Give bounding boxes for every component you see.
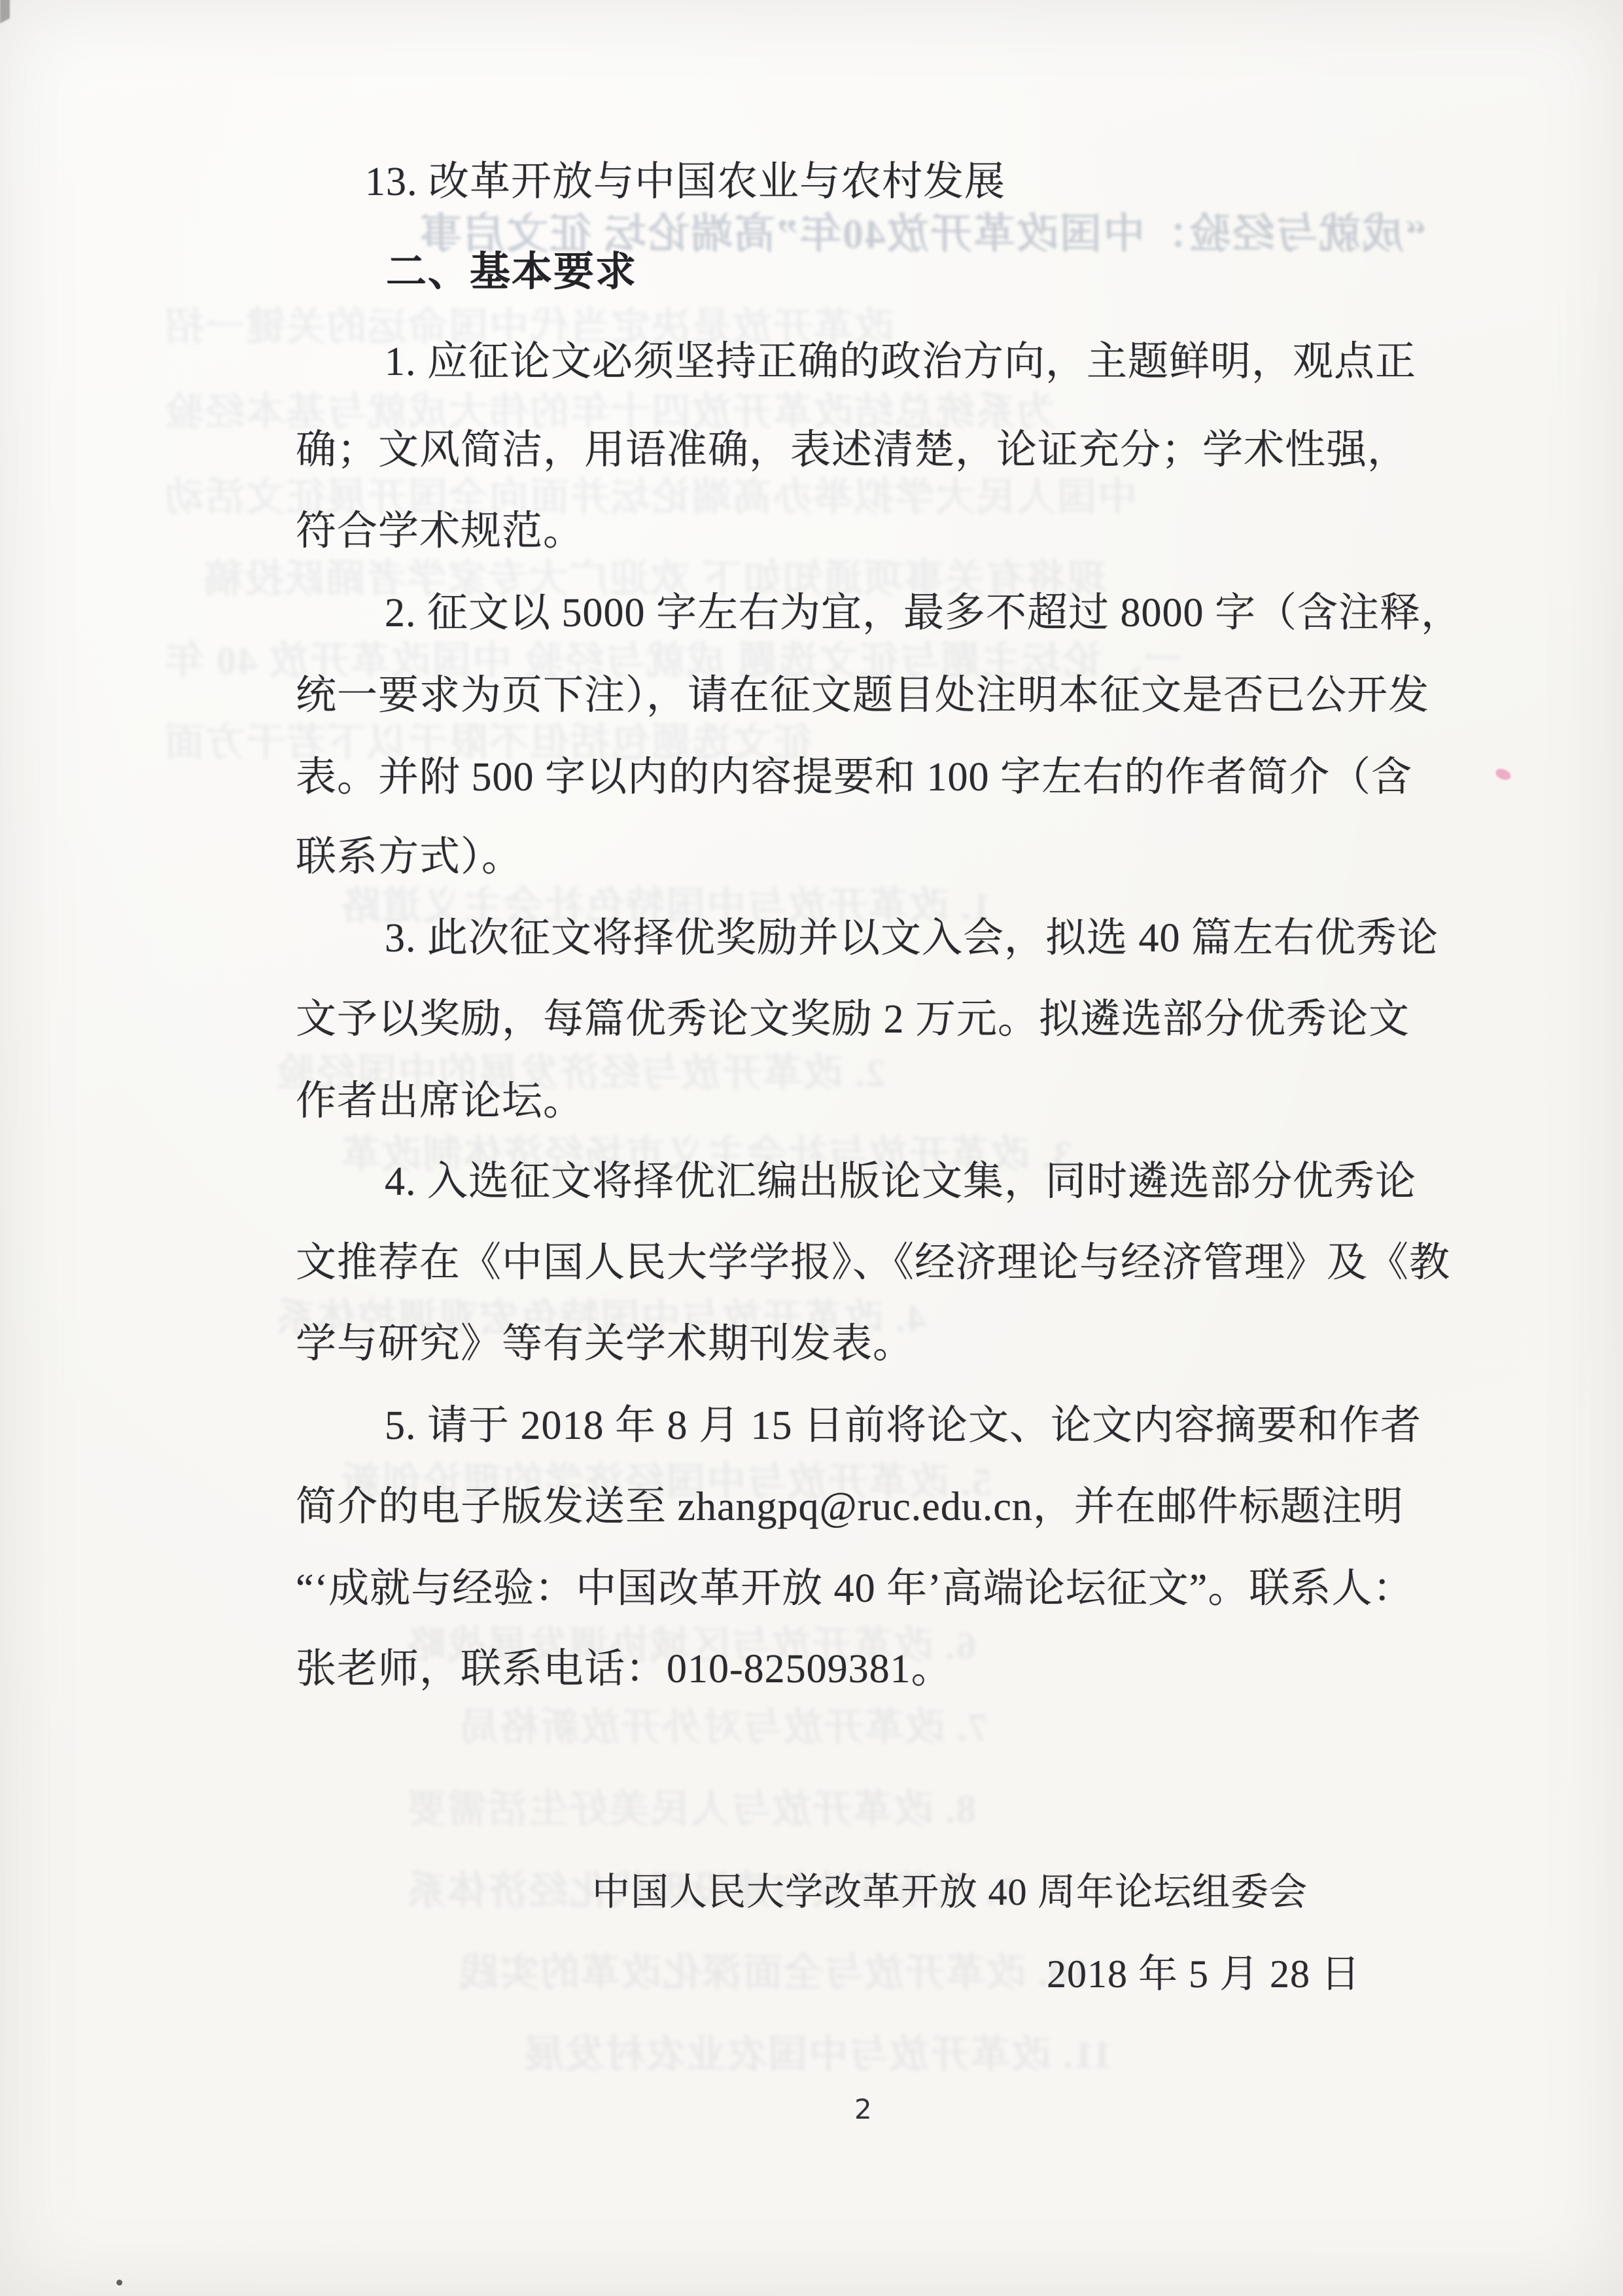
scan-mark <box>116 2280 122 2286</box>
pink-ink-speck <box>1494 768 1512 782</box>
scanned-page: “成就与经验：中国改革开放40年”高端论坛 征文启事改革开放是决定当代中国命运的… <box>0 0 1623 2296</box>
scan-mark <box>0 0 10 24</box>
scan-artifact-layer <box>0 0 1623 2296</box>
